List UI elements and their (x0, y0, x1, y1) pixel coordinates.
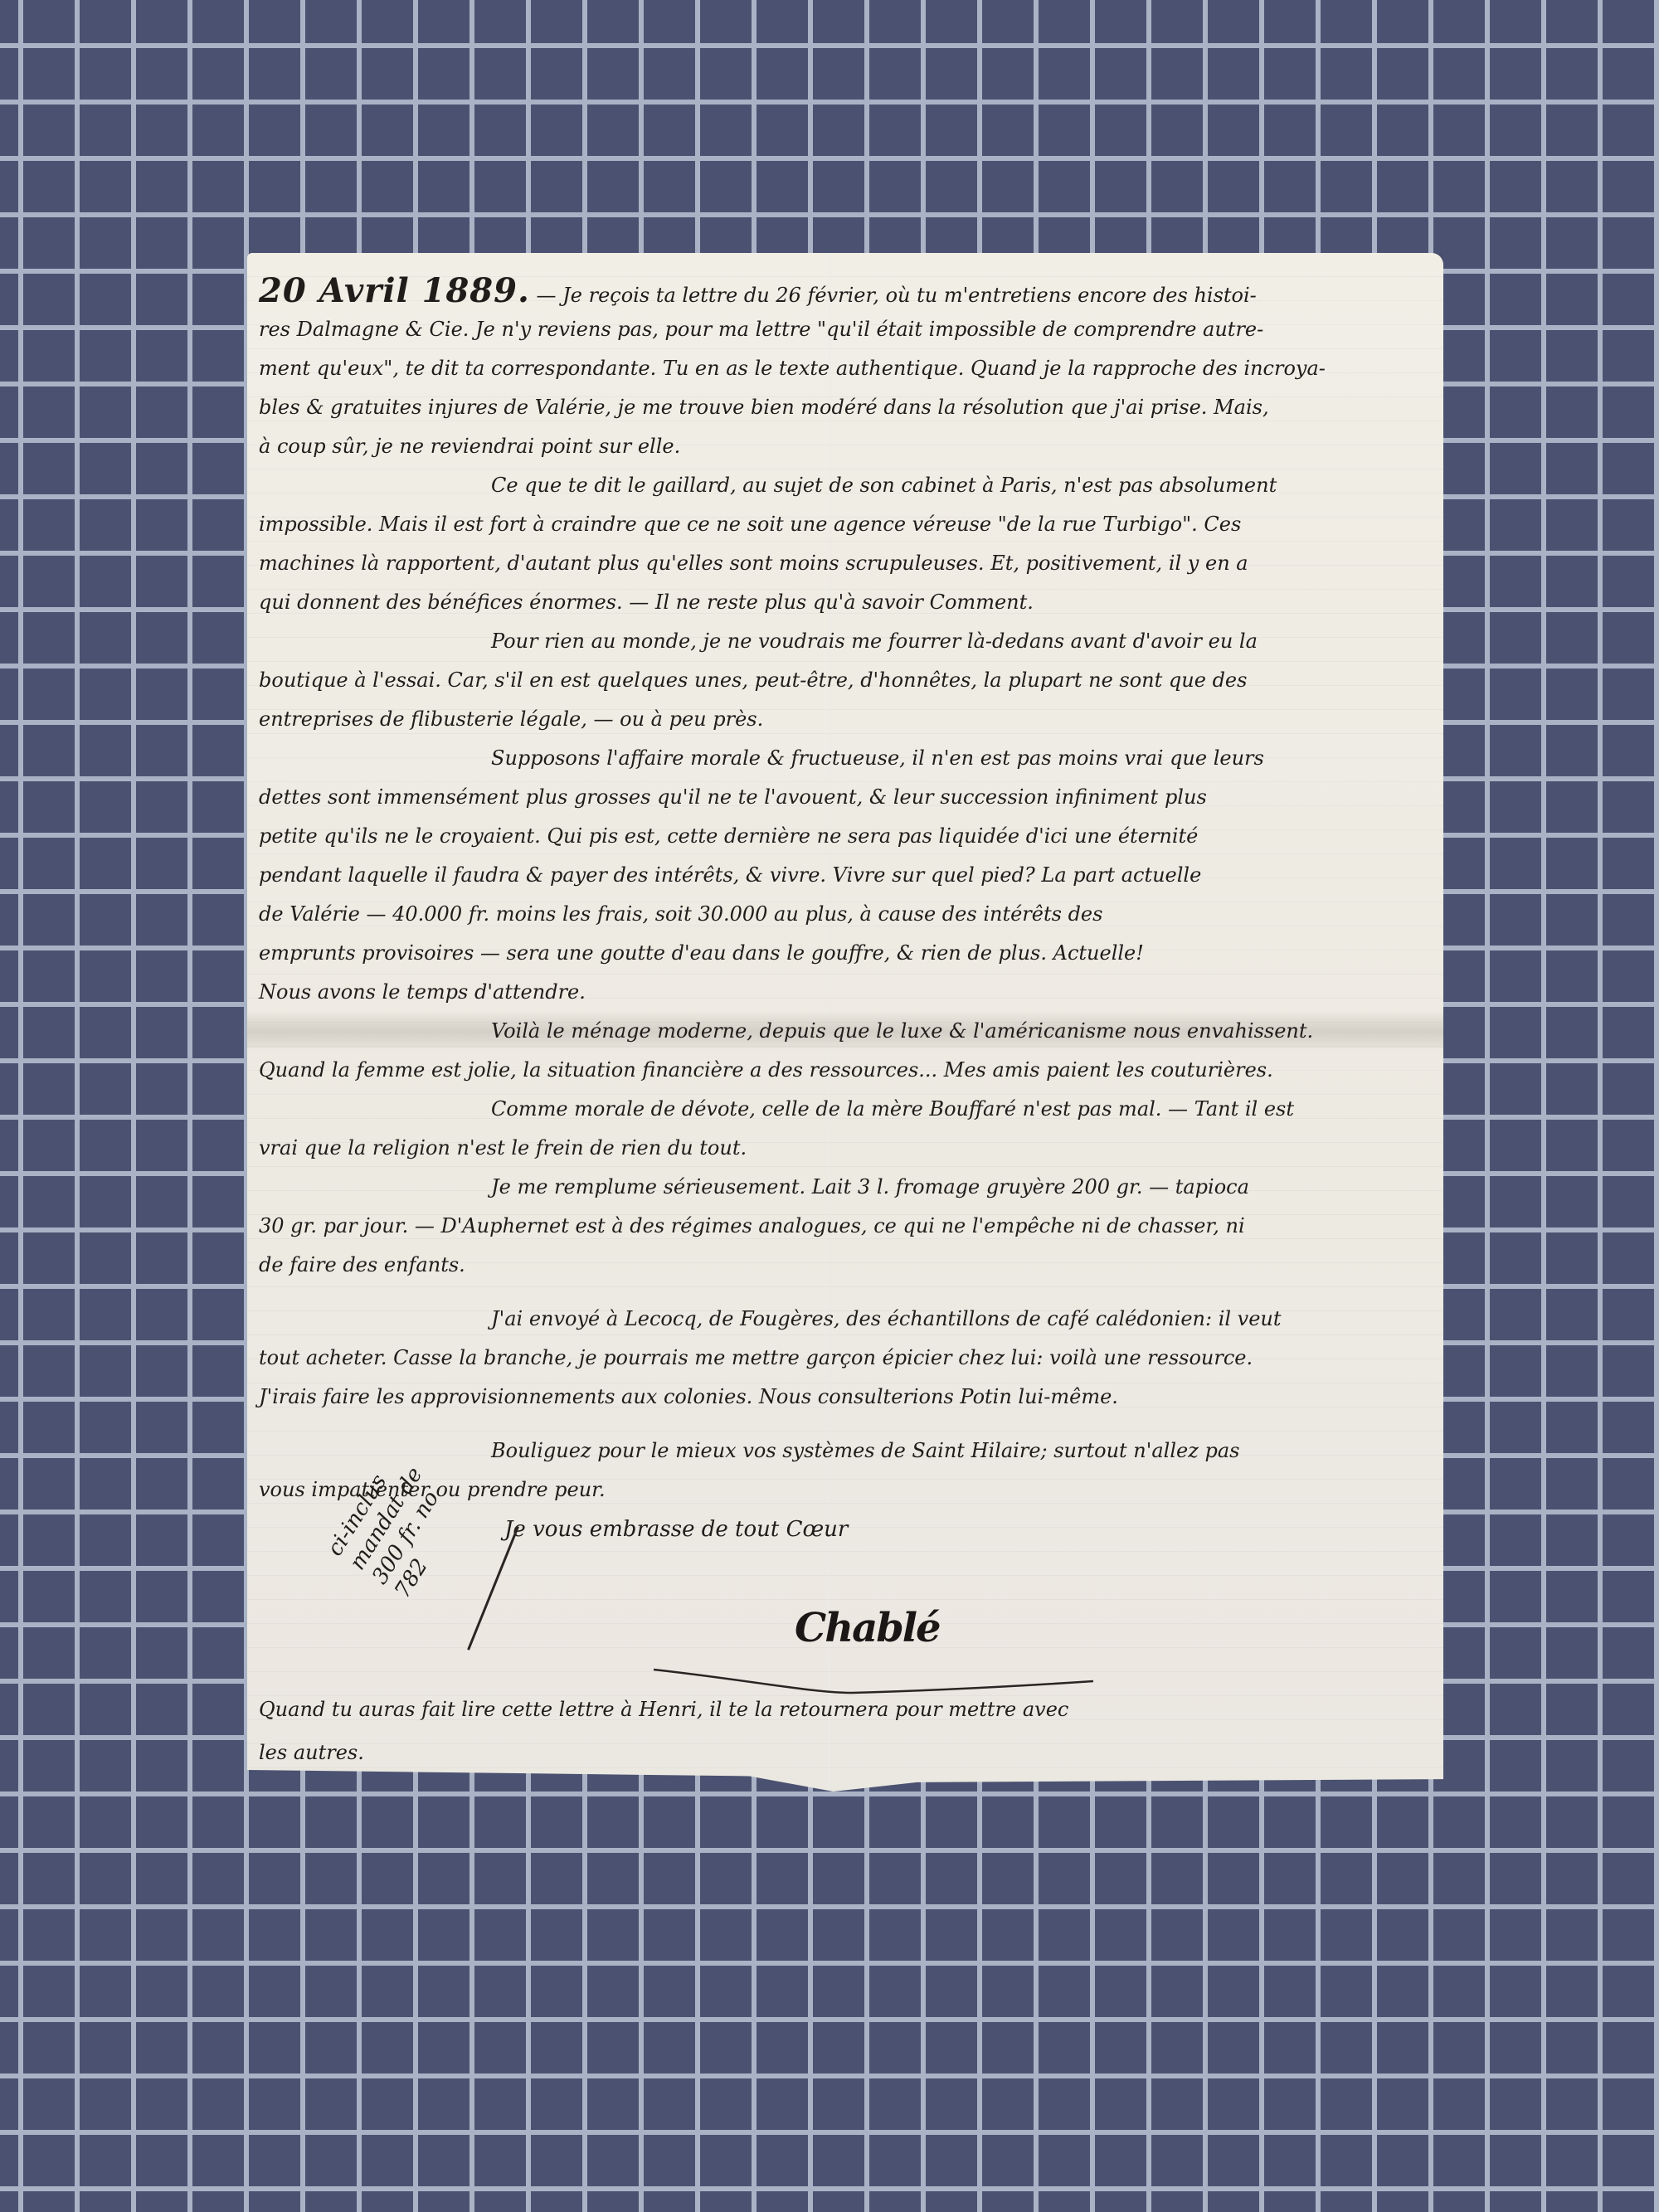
paragraph-start-line: Comme morale de dévote, celle de la mère… (259, 1090, 1428, 1129)
letter-line: Quand la femme est jolie, la situation f… (259, 1051, 1428, 1090)
postscript-line: Quand tu auras fait lire cette lettre à … (259, 1688, 1428, 1731)
letter-line: qui donnent des bénéfices énormes. — Il … (259, 583, 1428, 622)
letter-line: ment qu'eux", te dit ta correspondante. … (259, 349, 1428, 388)
postscript-line: les autres. (259, 1731, 1428, 1774)
letter-closing: Je vous embrasse de tout Cœur (504, 1517, 848, 1542)
letter-line: Nous avons le temps d'attendre. (259, 973, 1428, 1012)
paragraph-gap (259, 1285, 1428, 1300)
letter-line: tout acheter. Casse la branche, je pourr… (259, 1339, 1428, 1378)
letter-line: de Valérie — 40.000 fr. moins les frais,… (259, 895, 1428, 934)
letter-line: dettes sont immensément plus grosses qu'… (259, 778, 1428, 817)
letter-line: vrai que la religion n'est le frein de r… (259, 1129, 1428, 1168)
letter-line: à coup sûr, je ne reviendrai point sur e… (259, 427, 1428, 466)
letter-line: impossible. Mais il est fort à craindre … (259, 505, 1428, 544)
letter-body: 20 Avril 1889. — Je reçois ta lettre du … (259, 271, 1428, 1510)
letter-line: bles & gratuites injures de Valérie, je … (259, 388, 1428, 427)
letter-line: machines là rapportent, d'autant plus qu… (259, 544, 1428, 583)
postscript: Quand tu auras fait lire cette lettre à … (259, 1688, 1428, 1774)
letter-line: petite qu'ils ne le croyaient. Qui pis e… (259, 817, 1428, 856)
letter-line-first: 20 Avril 1889. — Je reçois ta lettre du … (259, 271, 1428, 310)
letter-line: res Dalmagne & Cie. Je n'y reviens pas, … (259, 310, 1428, 349)
letter-line: 30 gr. par jour. — D'Auphernet est à des… (259, 1207, 1428, 1246)
margin-pen-stroke (467, 1526, 519, 1650)
paragraph-start-line: Pour rien au monde, je ne voudrais me fo… (259, 622, 1428, 661)
letter-line: boutique à l'essai. Car, s'il en est que… (259, 661, 1428, 700)
paragraph-start-line: J'ai envoyé à Lecocq, de Fougères, des é… (259, 1300, 1428, 1339)
letter-line: pendant laquelle il faudra & payer des i… (259, 856, 1428, 895)
handwritten-letter: 20 Avril 1889. — Je reçois ta lettre du … (247, 253, 1443, 1791)
paragraph-start-line: Supposons l'affaire morale & fructueuse,… (259, 739, 1428, 778)
paragraph-start-line: Je me remplume sérieusement. Lait 3 l. f… (259, 1168, 1428, 1207)
paragraph-start-line: Voilà le ménage moderne, depuis que le l… (259, 1012, 1428, 1051)
paragraph-start-line: Ce que te dit le gaillard, au sujet de s… (259, 466, 1428, 505)
letter-date: 20 Avril 1889. (259, 271, 530, 310)
signature: Chablé (795, 1605, 940, 1651)
letter-line-text: — Je reçois ta lettre du 26 février, où … (537, 284, 1257, 307)
letter-line: emprunts provisoires — sera une goutte d… (259, 934, 1428, 973)
letter-line: entreprises de flibusterie légale, — ou … (259, 700, 1428, 739)
letter-line: de faire des enfants. (259, 1246, 1428, 1285)
